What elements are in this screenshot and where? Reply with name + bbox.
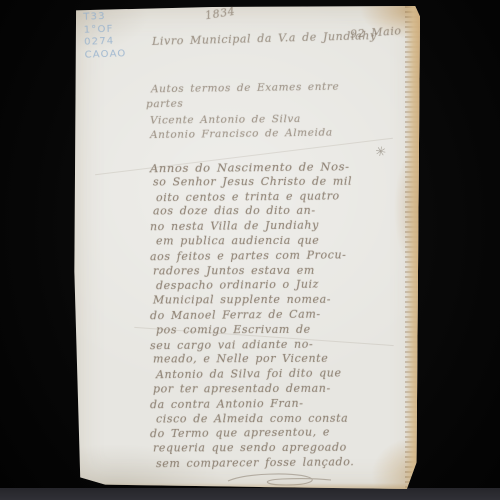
photo-of-manuscript-page: T33 1°OF 0274 CAOAO 1834 Livro Municipal… bbox=[0, 0, 500, 500]
body-line: no nesta Villa de Jundiahy bbox=[150, 218, 406, 235]
year-annotation: 1834 bbox=[204, 5, 236, 23]
archival-stamp: T33 1°OF 0274 CAOAO bbox=[83, 10, 127, 61]
folio-number: 92 Maio bbox=[350, 24, 402, 41]
body-line: em publica audiencia que bbox=[156, 234, 406, 250]
body-line: por ter apresentado deman- bbox=[153, 382, 406, 398]
body-line: da contra Antonio Fran- bbox=[150, 396, 406, 413]
manuscript-paper: T33 1°OF 0274 CAOAO 1834 Livro Municipal… bbox=[74, 6, 420, 489]
plaintiff-name: Vicente Antonio de Silva bbox=[150, 113, 301, 127]
plaintiff-role-abbr: A. bbox=[438, 111, 450, 123]
body-line: Municipal supplente nomea- bbox=[153, 293, 406, 309]
case-heading-line2: partes bbox=[146, 98, 184, 111]
body-line: aos feitos e partes com Procu- bbox=[150, 248, 406, 265]
case-heading-line1: Autos termos de Exames entre bbox=[151, 81, 339, 96]
body-line: so Senhor Jesus Christo de mil bbox=[153, 174, 406, 190]
defendant-role-abbr: R. bbox=[437, 125, 450, 137]
book-title: Livro Municipal da V.a de Jundiahy bbox=[152, 29, 377, 48]
body-line: pos comigo Escrivam de bbox=[156, 322, 406, 338]
archival-stamp-line: CAOAO bbox=[84, 48, 126, 62]
desk-surface bbox=[0, 488, 500, 500]
body-line: do Manoel Ferraz de Cam- bbox=[150, 307, 406, 324]
body-line: Annos do Nascimento de Nos- bbox=[150, 159, 406, 176]
book-page-fore-edge bbox=[405, 6, 420, 489]
body-line: Antonio da Silva foi dito que bbox=[156, 366, 406, 383]
defendant-name: Antonio Francisco de Almeida bbox=[150, 127, 333, 142]
body-line: requeria que sendo apregoado bbox=[153, 441, 406, 457]
record-body-paragraph: Annos do Nascimento de Nos- so Senhor Je… bbox=[150, 160, 406, 471]
